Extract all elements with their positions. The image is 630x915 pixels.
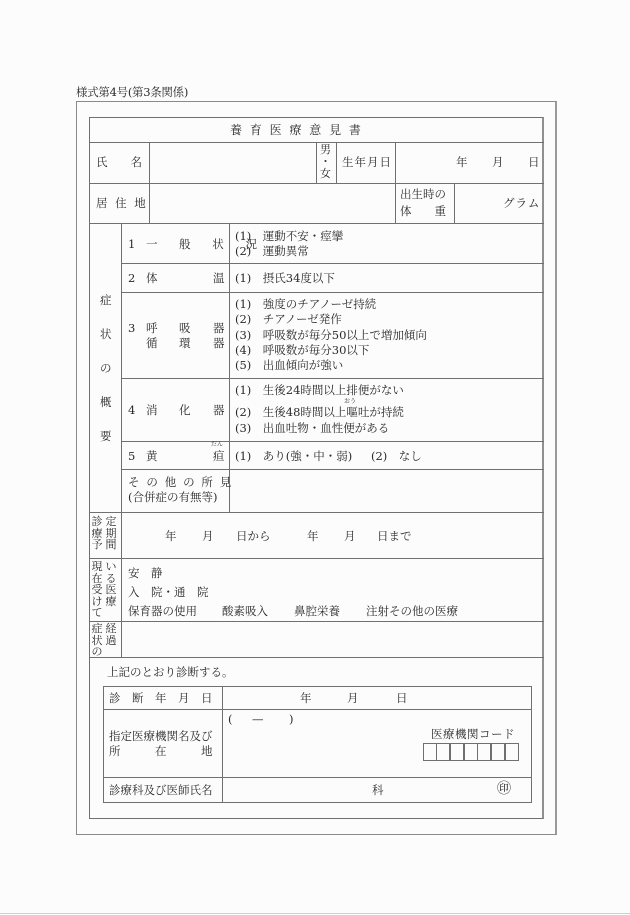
diagnosis-day-unit: 日 bbox=[396, 691, 408, 705]
symptom-option[interactable]: (5) 出血傾向が強い bbox=[235, 358, 343, 372]
birthdate-label: 生年月日 bbox=[342, 155, 392, 169]
divider bbox=[316, 142, 317, 183]
birthdate-year-unit: 年 bbox=[456, 155, 468, 169]
divider bbox=[121, 292, 544, 293]
period-from-month: 月 bbox=[202, 529, 214, 543]
symptom-option[interactable]: (1) 摂氏34度以下 bbox=[235, 271, 335, 285]
birthdate-day-unit: 日 bbox=[528, 155, 540, 169]
symptom-category-circulatory: 循 bbox=[146, 336, 158, 350]
progress-label-col1: 症状の bbox=[91, 623, 103, 658]
institution-label: 指定医療機関名及び bbox=[109, 729, 213, 743]
phone-dash: — bbox=[252, 712, 264, 726]
period-to-month: 月 bbox=[344, 529, 356, 543]
symptom-num: 3 bbox=[128, 321, 135, 335]
symptom-section-char: 症 bbox=[100, 293, 112, 307]
divider bbox=[89, 223, 544, 224]
birth-weight-label-2: 体 重 bbox=[400, 204, 446, 218]
symptom-category-respiratory: 呼 bbox=[146, 321, 158, 335]
symptom-num: 4 bbox=[128, 403, 135, 417]
other-findings-field[interactable] bbox=[230, 470, 542, 511]
divider bbox=[121, 441, 544, 442]
symptom-option[interactable]: (3) 呼吸数が毎分50以上で増加傾向 bbox=[235, 328, 427, 342]
symptom-category-digestive: 消 bbox=[146, 403, 158, 417]
symptom-category-jaundice: 黄 bbox=[146, 449, 158, 463]
symptom-category-respiratory: 器 bbox=[213, 321, 225, 335]
institution-code-box-4[interactable] bbox=[464, 743, 478, 761]
institution-code-label: 医療機関コード bbox=[431, 727, 515, 741]
institution-code-box-7[interactable] bbox=[505, 743, 519, 761]
symptom-option[interactable]: (3) 出血吐物・血性便がある bbox=[235, 421, 389, 435]
diagnosis-year-unit: 年 bbox=[300, 691, 312, 705]
symptom-option[interactable]: (4) 呼吸数が毎分30以下 bbox=[235, 343, 369, 357]
institution-address-label: 所 在 地 bbox=[109, 744, 213, 758]
institution-code-box-1[interactable] bbox=[423, 743, 437, 761]
current-treatment-label-col1: 現在受けて bbox=[91, 561, 103, 619]
seal-icon: ㊞ bbox=[497, 782, 511, 796]
symptom-section-char: 状 bbox=[100, 327, 112, 341]
symptom-num: 1 bbox=[128, 237, 135, 251]
symptom-option[interactable]: (1) 生後24時間以上排便がない bbox=[235, 383, 404, 397]
symptom-option[interactable]: (2) 運動異常 bbox=[235, 244, 309, 258]
other-findings-label: そ の 他 の 所 見 bbox=[128, 475, 233, 489]
symptom-category-temperature: 体 bbox=[146, 271, 158, 285]
divider bbox=[336, 142, 337, 183]
phone-close-paren: ) bbox=[289, 712, 294, 726]
progress-field[interactable] bbox=[122, 622, 542, 656]
symptom-category-temperature-end: 温 bbox=[213, 271, 225, 285]
symptom-num: 5 bbox=[128, 449, 135, 463]
ruby-annotation: だん bbox=[211, 442, 223, 448]
treatment-period-label-col1: 診療予 bbox=[91, 516, 103, 551]
treatment-incubator[interactable]: 保育器の使用 bbox=[128, 604, 197, 618]
jaundice-option-no[interactable]: (2) なし bbox=[371, 449, 422, 463]
treatment-inpatient-outpatient[interactable]: 入 院・通 院 bbox=[128, 585, 209, 599]
treatment-oxygen[interactable]: 酸素吸入 bbox=[222, 604, 268, 618]
treatment-nasal-feeding[interactable]: 鼻腔栄養 bbox=[294, 604, 340, 618]
treatment-period-label-col2: 定期間 bbox=[105, 516, 117, 551]
symptom-option[interactable]: (2) 生後48時間以上嘔吐が持続 bbox=[235, 405, 404, 419]
treatment-injection-other[interactable]: 注射その他の医療 bbox=[366, 604, 458, 618]
jaundice-option-yes[interactable]: (1) あり(強・中・弱) bbox=[235, 449, 352, 463]
divider bbox=[89, 657, 544, 658]
department-suffix: 科 bbox=[372, 783, 384, 797]
symptom-option[interactable]: (1) 強度のチアノーゼ持続 bbox=[235, 297, 376, 311]
doctor-label: 診療科及び医師氏名 bbox=[109, 783, 213, 797]
symptom-category-circulatory: 器 bbox=[213, 336, 225, 350]
period-to-year: 年 bbox=[307, 529, 319, 543]
birthdate-field[interactable] bbox=[396, 143, 542, 182]
symptom-section-char: 要 bbox=[100, 429, 112, 443]
sex-female[interactable]: 女 bbox=[320, 168, 331, 181]
symptom-category-digestive: 器 bbox=[213, 403, 225, 417]
birth-weight-label-1: 出生時の bbox=[400, 187, 446, 201]
form-number: 様式第4号(第3条関係) bbox=[76, 84, 188, 100]
diagnosis-date-field[interactable] bbox=[223, 687, 531, 708]
birthdate-month-unit: 月 bbox=[492, 155, 504, 169]
divider bbox=[121, 378, 544, 379]
institution-code-box-3[interactable] bbox=[450, 743, 464, 761]
institution-code-box-2[interactable] bbox=[436, 743, 450, 761]
page-edge bbox=[0, 913, 630, 914]
period-from-day: 日から bbox=[236, 529, 271, 543]
symptom-category-jaundice-end: 疸 bbox=[213, 449, 225, 463]
diagnosis-month-unit: 月 bbox=[347, 691, 359, 705]
divider bbox=[121, 263, 544, 264]
birth-weight-unit: グラム bbox=[503, 196, 540, 210]
period-to-day: 日まで bbox=[377, 529, 412, 543]
name-label: 氏 名 bbox=[96, 155, 144, 169]
treatment-period-field[interactable] bbox=[122, 513, 542, 557]
institution-code-box-6[interactable] bbox=[491, 743, 505, 761]
progress-label-col2: 経過 bbox=[105, 623, 117, 646]
symptom-section-char: の bbox=[100, 361, 112, 375]
symptom-num: 2 bbox=[128, 271, 135, 285]
symptom-category-respiratory: 吸 bbox=[179, 321, 191, 335]
diagnosis-date-label: 診 断 年 月 日 bbox=[109, 691, 213, 705]
residence-field[interactable] bbox=[150, 184, 394, 222]
form-title: 養 育 医 療 意 見 書 bbox=[230, 123, 363, 137]
name-field[interactable] bbox=[150, 143, 315, 182]
certification-statement: 上記のとおり診断する。 bbox=[107, 665, 234, 679]
other-findings-label-sub: (合併症の有無等) bbox=[128, 490, 217, 504]
residence-label: 居 住 地 bbox=[96, 196, 148, 210]
symptom-option[interactable]: (2) チアノーゼ発作 bbox=[235, 312, 342, 326]
current-treatment-label-col2: いる医療 bbox=[105, 561, 117, 607]
institution-code-box-5[interactable] bbox=[477, 743, 491, 761]
symptom-section-char: 概 bbox=[100, 395, 112, 409]
divider bbox=[89, 558, 544, 559]
treatment-rest[interactable]: 安 静 bbox=[128, 566, 163, 580]
symptom-option[interactable]: (1) 運動不安・痙攣 bbox=[235, 229, 343, 243]
symptom-category-digestive: 化 bbox=[179, 403, 191, 417]
phone-open-paren: ( bbox=[228, 712, 233, 726]
form-page: 様式第4号(第3条関係) 養 育 医 療 意 見 書 氏 名 男 ・ 女 生年月… bbox=[0, 0, 630, 915]
symptom-category-circulatory: 環 bbox=[179, 336, 191, 350]
period-from-year: 年 bbox=[165, 529, 177, 543]
